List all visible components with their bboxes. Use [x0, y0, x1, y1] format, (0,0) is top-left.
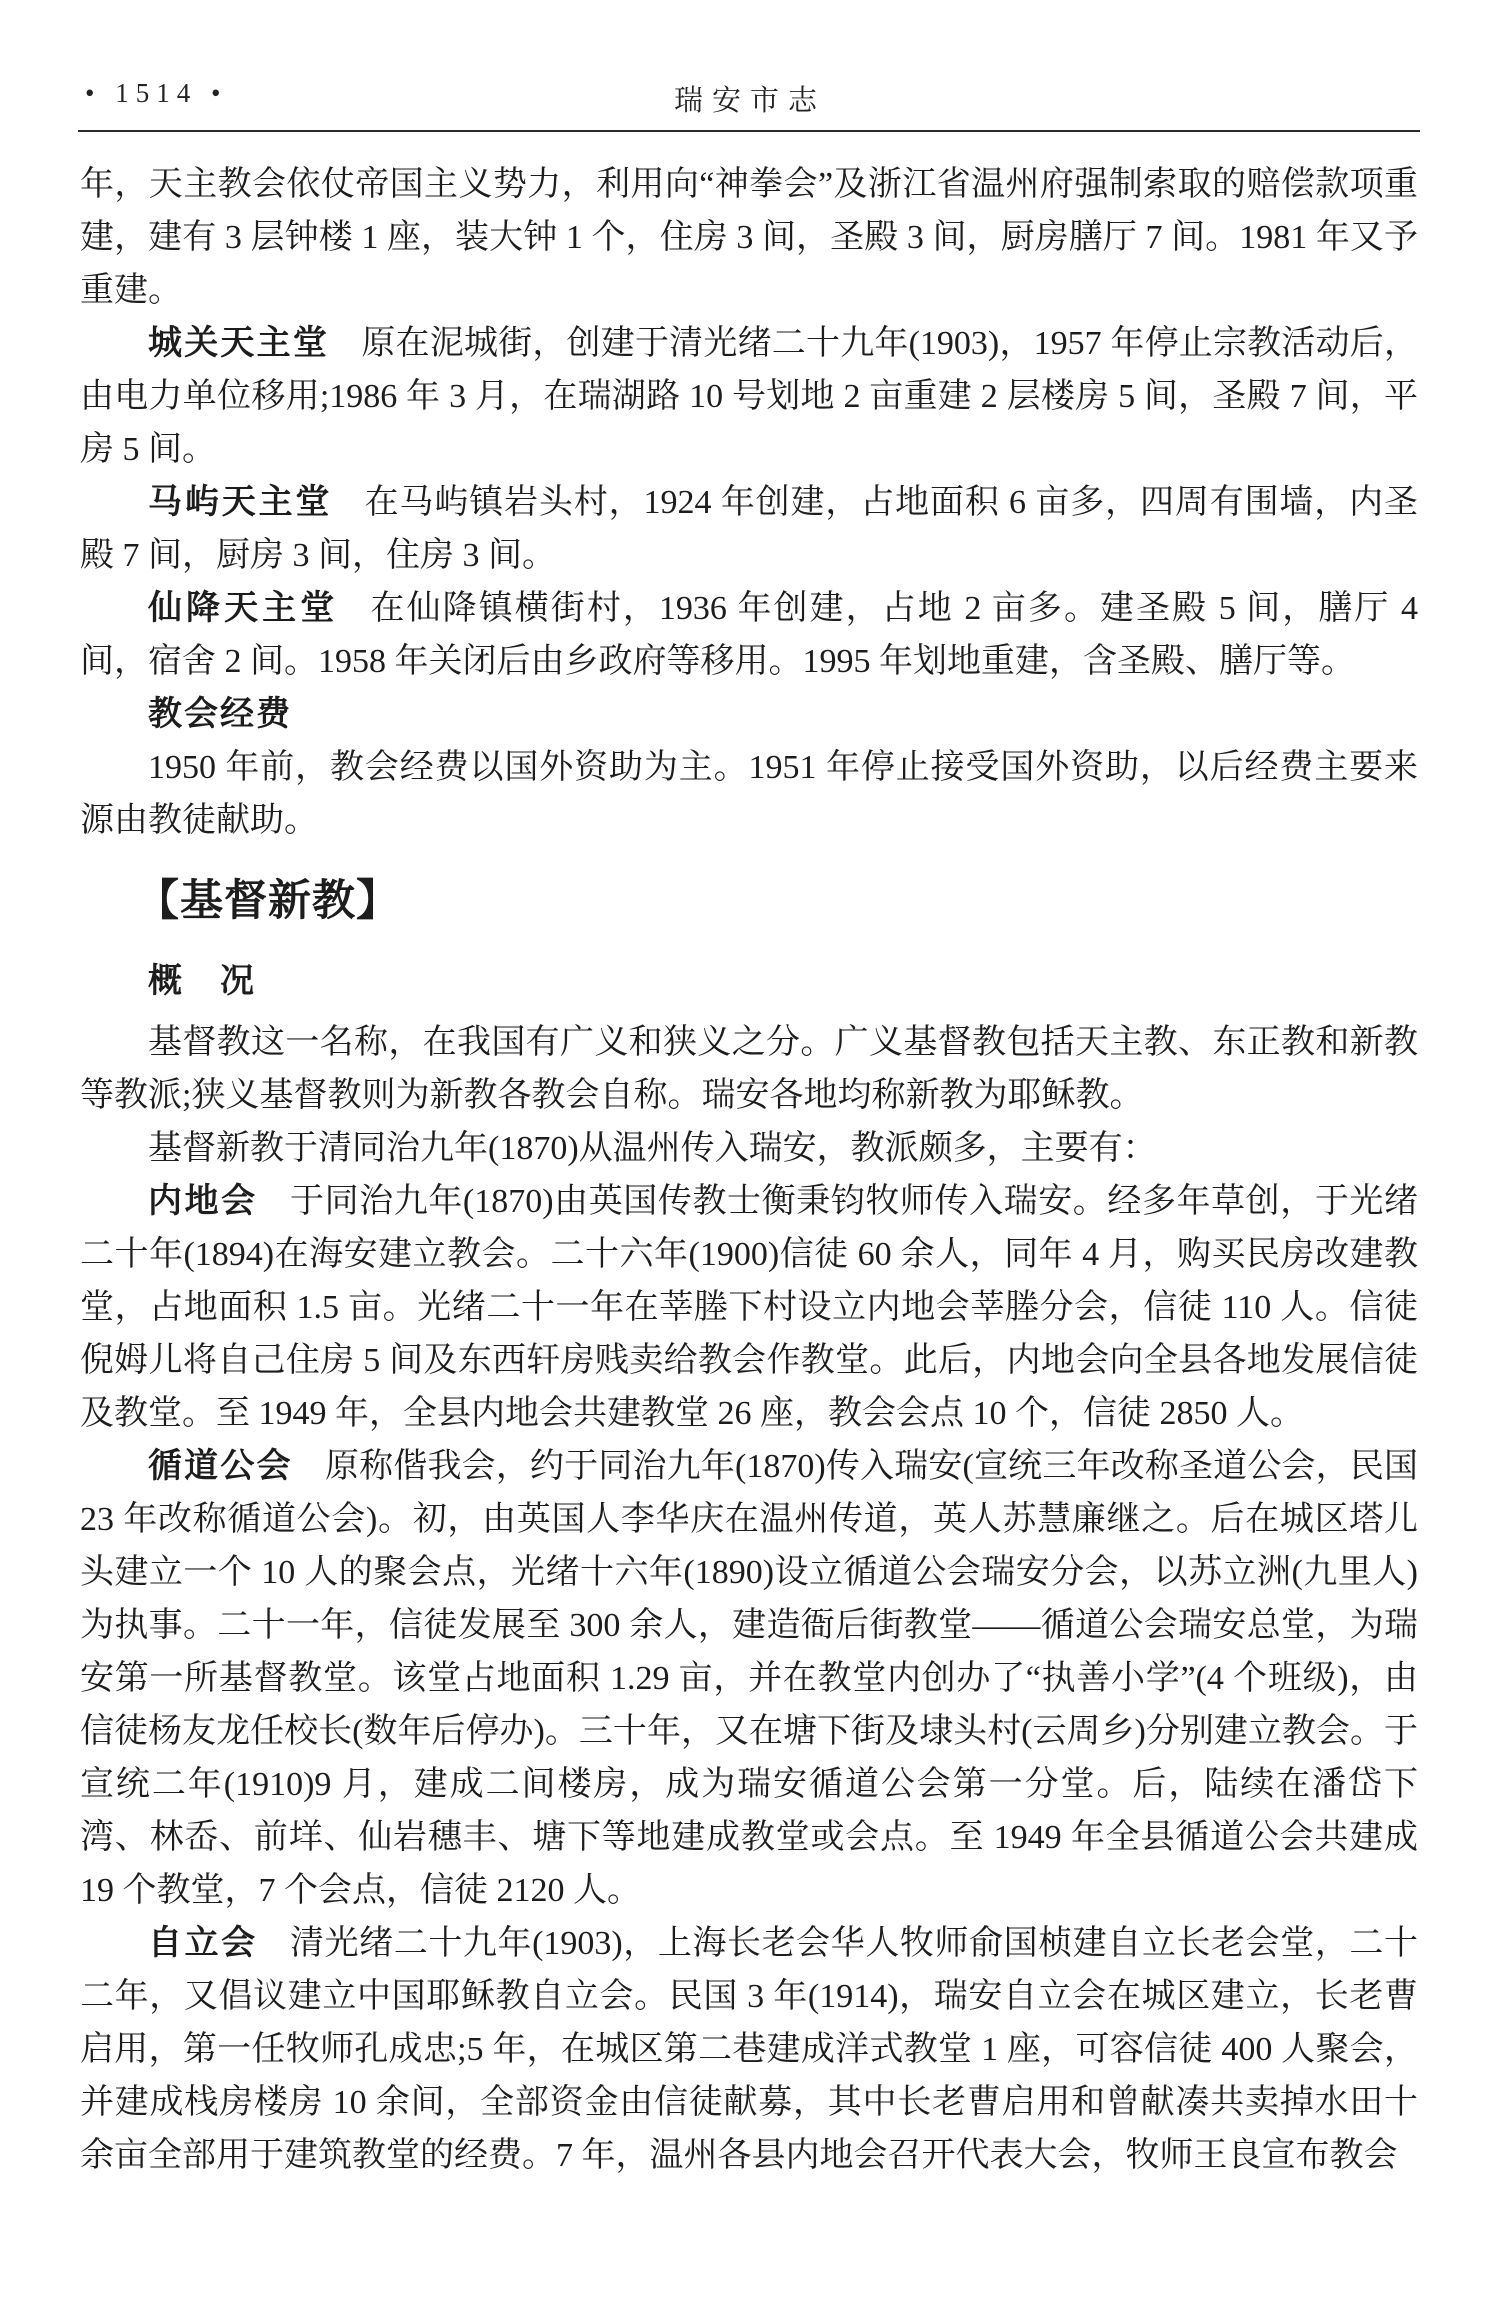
entry-term: 仙降天主堂: [148, 590, 338, 627]
book-title: 瑞安市志: [80, 78, 1420, 119]
header-rule-divider: [78, 130, 1420, 132]
entry-term: 自立会: [148, 1925, 258, 1962]
para-overview-introduction: 基督新教于清同治九年(1870)从温州传入瑞安，教派颇多，主要有：: [80, 1122, 1418, 1175]
para-xianjiang-church: 仙降天主堂在仙降镇横街村，1936 年创建，占地 2 亩多。建圣殿 5 间，膳厅…: [80, 582, 1418, 688]
para-catholic-rebuild: 年，天主教会依仗帝国主义势力，利用向“神拳会”及浙江省温州府强制索取的赔偿款项重…: [80, 158, 1418, 317]
page-body: 年，天主教会依仗帝国主义势力，利用向“神拳会”及浙江省温州府强制索取的赔偿款项重…: [80, 158, 1418, 2182]
heading-church-funds: 教会经费: [80, 688, 1418, 741]
para-methodist-church: 循道公会原称偕我会，约于同治九年(1870)传入瑞安(宣统三年改称圣道公会，民国…: [80, 1440, 1418, 1917]
para-overview-definition: 基督教这一名称，在我国有广义和狭义之分。广义基督教包括天主教、东正教和新教等教派…: [80, 1016, 1418, 1122]
heading-overview: 概 况: [80, 955, 1418, 1008]
heading-protestantism: 【基督新教】: [80, 877, 1418, 927]
entry-term: 内地会: [148, 1183, 258, 1220]
para-chengguan-church: 城关天主堂原在泥城街，创建于清光绪二十九年(1903)，1957 年停止宗教活动…: [80, 317, 1418, 476]
para-church-funds: 1950 年前，教会经费以国外资助为主。1951 年停止接受国外资助，以后经费主…: [80, 741, 1418, 847]
para-china-inland-mission: 内地会于同治九年(1870)由英国传教士衡秉钧牧师传入瑞安。经多年草创，于光绪二…: [80, 1175, 1418, 1440]
entry-term: 马屿天主堂: [148, 484, 332, 521]
page-header: • 1514 • 瑞安市志: [80, 78, 1420, 124]
entry-term: 城关天主堂: [148, 325, 329, 362]
para-independent-church: 自立会清光绪二十九年(1903)，上海长老会华人牧师俞国桢建自立长老会堂，二十二…: [80, 1917, 1418, 2182]
entry-term: 循道公会: [148, 1448, 293, 1485]
scanned-book-page: • 1514 • 瑞安市志 年，天主教会依仗帝国主义势力，利用向“神拳会”及浙江…: [0, 0, 1500, 2324]
para-mayu-church: 马屿天主堂在马屿镇岩头村，1924 年创建，占地面积 6 亩多，四周有围墙，内圣…: [80, 476, 1418, 582]
